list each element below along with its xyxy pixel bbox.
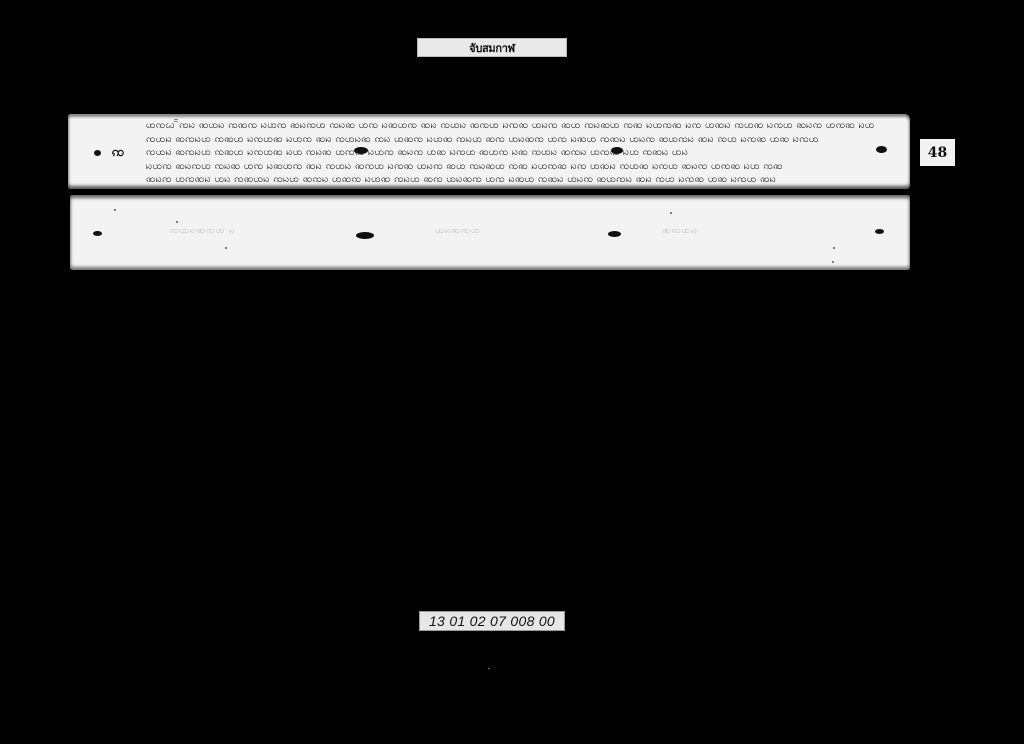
faint-text: ꩡꩤꩢꩣꩡꩤ ꩢ	[170, 225, 236, 238]
speck	[833, 247, 835, 249]
manuscript-text: ꩤꩡꩬ ꩰꩡꩢ ꩣꩤꩢ ꩡꩣꩡ ꩢꩤꩡ ꩣꩢꩡꩤ ꩡꩢꩣ ꩤꩡ ꩢꩣꩤꩡ ꩣꩢ …	[146, 119, 911, 187]
binding-hole-mid-right	[611, 147, 623, 154]
binding-hole-center	[354, 147, 368, 154]
speck	[488, 668, 490, 669]
speck	[176, 221, 178, 223]
binding-hole-right	[875, 229, 884, 234]
binding-hole-mid-right	[608, 231, 621, 237]
archive-code-label: 13 01 02 07 008 00	[419, 611, 565, 631]
manuscript-title-label: จับสมกาฬ	[417, 38, 567, 57]
binding-hole-left	[93, 231, 102, 236]
speck	[225, 247, 227, 249]
text-line: ꩣꩢꩡ ꩤꩡꩣꩢ ꩤꩢ ꩡꩣꩤꩢ ꩡꩢꩤ ꩣꩡꩢ ꩤꩣꩡ ꩢꩤꩣ ꩡꩢꩤ ꩣꩡ …	[146, 173, 911, 187]
binding-hole-right	[876, 146, 887, 153]
speck	[670, 212, 672, 214]
text-line: ꩢꩤꩡ ꩣꩢꩡꩤ ꩡꩢꩣ ꩤꩡ ꩢꩣꩤꩡ ꩣꩢ ꩡꩤꩢ ꩣꩡꩤ ꩢꩡꩣ ꩤꩢꩡ …	[146, 160, 911, 174]
text-line: ꩡꩤꩢ ꩣꩡꩢꩤ ꩡꩣꩤ ꩢꩡꩤꩣ ꩢꩤ ꩡꩢꩣ ꩤꩡꩣ ꩢꩤꩡ ꩣꩢꩡ ꩤꩣ …	[146, 146, 911, 160]
page-number-label: 48	[920, 139, 955, 166]
leaf-folio-marker: ꩡ	[112, 144, 125, 163]
speck	[832, 261, 834, 263]
faint-text: ꩤꩢꩣꩡꩤ	[435, 225, 481, 238]
faint-text: ꩣꩡꩤꩢ	[662, 225, 698, 238]
binding-hole-left	[94, 150, 101, 156]
text-line: ꩡꩤꩢ ꩣꩡꩢꩤ ꩡꩣꩤ ꩢꩡꩤꩣ ꩢꩤꩡ ꩣꩢ ꩡꩤꩢꩣ ꩡꩢ ꩤꩣꩡ ꩢꩤꩣ…	[146, 133, 911, 147]
palm-leaf-back: ꩡꩤꩢꩣꩡꩤ ꩢ ꩤꩢꩣꩡꩤ ꩣꩡꩤꩢ	[70, 195, 910, 270]
binding-hole-center	[356, 232, 374, 239]
speck	[114, 209, 116, 211]
text-line: ꩤꩡꩬ ꩰꩡꩢ ꩣꩤꩢ ꩡꩣꩡ ꩢꩤꩡ ꩣꩢꩡꩤ ꩡꩢꩣ ꩤꩡ ꩢꩣꩤꩡ ꩣꩢ …	[146, 119, 911, 133]
palm-leaf-front: ꩡ ꩤꩡꩬ ꩰꩡꩢ ꩣꩤꩢ ꩡꩣꩡ ꩢꩤꩡ ꩣꩢꩡꩤ ꩡꩢꩣ ꩤꩡ ꩢꩣꩤꩡ ꩣ…	[68, 114, 910, 189]
